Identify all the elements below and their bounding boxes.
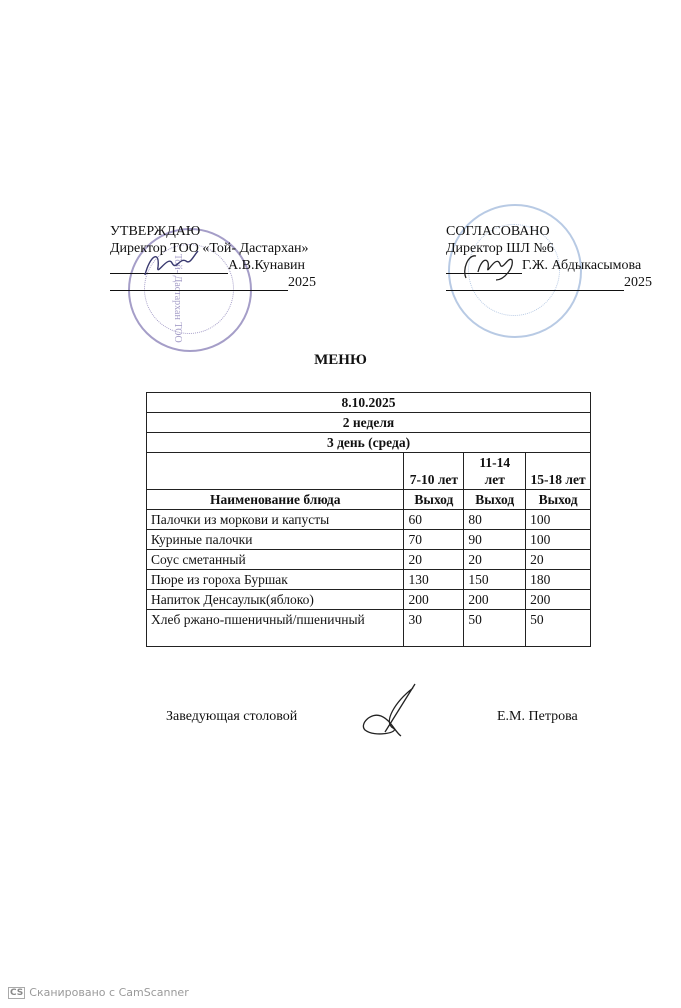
column-header-row: Наименование блюда Выход Выход Выход [147,490,591,510]
yield-value: 180 [526,570,591,590]
menu-day: 3 день (среда) [147,433,591,453]
dish-name: Хлеб ржано-пшеничный/пшеничный [147,610,404,647]
dish-name: Соус сметанный [147,550,404,570]
yield-value: 200 [526,590,591,610]
approve-heading: УТВЕРЖДАЮ [110,223,370,240]
date-underline [110,290,288,291]
yield-header: Выход [404,490,464,510]
yield-header: Выход [464,490,526,510]
yield-value: 80 [464,510,526,530]
yield-value: 20 [404,550,464,570]
dish-header: Наименование блюда [147,490,404,510]
table-row: Напиток Денсаулык(яблоко) 200 200 200 [147,590,591,610]
yield-value: 130 [404,570,464,590]
agree-heading: СОГЛАСОВАНО [446,223,676,240]
signature-director-icon [140,245,200,285]
day-row: 3 день (среда) [147,433,591,453]
table-row: Соус сметанный 20 20 20 [147,550,591,570]
approve-year: 2025 [288,274,316,291]
camscanner-watermark: CS Сканировано с CamScanner [8,986,189,999]
signature-canteen-head-icon [355,682,435,742]
document-title: МЕНЮ [0,352,681,369]
menu-week: 2 неделя [147,413,591,433]
yield-value: 200 [464,590,526,610]
dish-name: Палочки из моркови и капусты [147,510,404,530]
table-row: Палочки из моркови и капусты 60 80 100 [147,510,591,530]
yield-value: 200 [404,590,464,610]
yield-value: 50 [464,610,526,647]
yield-value: 50 [526,610,591,647]
table-row: Хлеб ржано-пшеничный/пшеничный 30 50 50 [147,610,591,647]
empty-header-cell [147,453,404,490]
footer-role: Заведующая столовой [166,709,297,725]
menu-table: 8.10.2025 2 неделя 3 день (среда) 7-10 л… [146,392,591,647]
week-row: 2 неделя [147,413,591,433]
table-row: Куриные палочки 70 90 100 [147,530,591,550]
menu-date: 8.10.2025 [147,393,591,413]
date-row: 8.10.2025 [147,393,591,413]
camscanner-text: Сканировано с CamScanner [29,986,188,999]
table-row: Пюре из гороха Буршак 130 150 180 [147,570,591,590]
dish-name: Пюре из гороха Буршак [147,570,404,590]
yield-value: 100 [526,510,591,530]
yield-header: Выход [526,490,591,510]
yield-value: 20 [464,550,526,570]
agree-year: 2025 [624,274,652,291]
dish-name: Напиток Денсаулык(яблоко) [147,590,404,610]
age-header-row: 7-10 лет 11-14 лет 15-18 лет [147,453,591,490]
dish-name: Куриные палочки [147,530,404,550]
yield-value: 20 [526,550,591,570]
agree-name: Г.Ж. Абдыкасымова [522,257,641,274]
yield-value: 60 [404,510,464,530]
age-group-header: 11-14 лет [464,453,526,490]
footer-name: Е.М. Петрова [497,709,578,725]
yield-value: 90 [464,530,526,550]
age-group-header: 7-10 лет [404,453,464,490]
approve-name: А.В.Кунавин [228,257,305,274]
age-group-header: 15-18 лет [526,453,591,490]
yield-value: 150 [464,570,526,590]
yield-value: 30 [404,610,464,647]
date-underline [446,290,624,291]
signature-school-director-icon [456,250,526,282]
camscanner-logo-icon: CS [8,987,25,999]
yield-value: 100 [526,530,591,550]
yield-value: 70 [404,530,464,550]
